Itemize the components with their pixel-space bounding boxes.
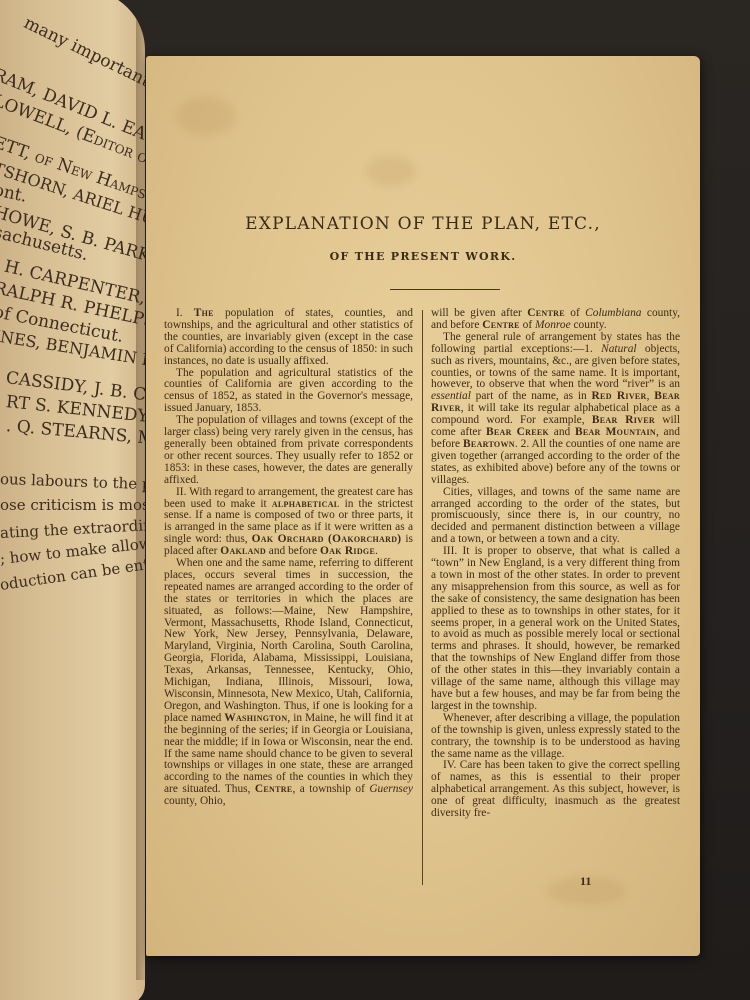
paragraph-text: , a township of (292, 783, 369, 795)
paragraph: The general rule of arrangement by state… (431, 332, 680, 487)
small-caps-text: Bear Creek (486, 426, 549, 438)
paragraph-text: county, Ohio, (164, 795, 226, 807)
small-caps-text: Washington (224, 712, 287, 724)
paragraph: Cities, villages, and towns of the same … (431, 487, 680, 547)
paragraph: III. It is proper to observe, that what … (431, 546, 680, 713)
small-caps-text: Beartown (463, 438, 515, 450)
small-caps-text: Centre (255, 783, 293, 795)
paper-stain (176, 96, 236, 136)
paragraph-text: of (520, 319, 535, 331)
paragraph: will be given after Centre of Columbiana… (431, 308, 680, 332)
column-divider (422, 310, 423, 885)
italic-text: Guernsey (369, 783, 413, 795)
right-text-column: will be given after Centre of Columbiana… (431, 308, 680, 820)
page-subtitle: OF THE PRESENT WORK. (146, 250, 700, 263)
small-caps-text: Red River (592, 390, 647, 402)
left-page-line: ous labours to the public, (0, 470, 145, 495)
page-number: 11 (580, 874, 591, 889)
left-page-line: ose criticism is most to be (0, 496, 145, 514)
small-caps-text: Oak Ridge (320, 545, 375, 557)
italic-text: Natural (601, 343, 636, 355)
small-caps-text: Oak Orchard (Oakorchard) (252, 533, 402, 545)
small-caps-text: Bear River (592, 414, 655, 426)
paragraph: II. With regard to arrangement, the grea… (164, 487, 413, 558)
italic-text: essential (431, 390, 471, 402)
small-caps-text: Centre (482, 319, 520, 331)
paper-stain (366, 156, 416, 186)
italic-text: Columbiana (585, 307, 641, 319)
small-caps-text: Bear Mountain (575, 426, 656, 438)
paragraph-text: . (375, 545, 378, 557)
paragraph: I. The population of states, counties, a… (164, 308, 413, 368)
paragraph: IV. Care has been taken to give the corr… (431, 760, 680, 820)
page-title: EXPLANATION OF THE PLAN, ETC., (146, 214, 700, 234)
section-numeral: I. (176, 307, 194, 319)
paragraph: The population of villages and towns (ex… (164, 415, 413, 486)
paragraph: The population and agricultural statisti… (164, 368, 413, 416)
small-caps-text: Oakland (220, 545, 266, 557)
paragraph-text: When one and the same name, referring to… (164, 557, 413, 724)
left-facing-page: many important plac RAM, DAVID L. EATON,… (0, 0, 145, 1000)
paragraph-text: part of the name, as in (471, 390, 592, 402)
italic-text: Monroe (535, 319, 571, 331)
book-page: EXPLANATION OF THE PLAN, ETC., OF THE PR… (146, 56, 700, 956)
paragraph: When one and the same name, referring to… (164, 558, 413, 808)
paragraph-text: and before (266, 545, 320, 557)
paragraph-text: county. (571, 319, 607, 331)
small-caps-text: Centre (527, 307, 565, 319)
title-rule (390, 289, 500, 290)
paragraph-text: will be given after (431, 307, 527, 319)
paragraph-text: of (565, 307, 585, 319)
small-caps-text: The (194, 307, 214, 319)
paragraph: Whenever, after describing a village, th… (431, 713, 680, 761)
small-caps-text: alphabetical (272, 498, 340, 510)
left-text-column: I. The population of states, counties, a… (164, 308, 413, 808)
paragraph-text: and (549, 426, 575, 438)
